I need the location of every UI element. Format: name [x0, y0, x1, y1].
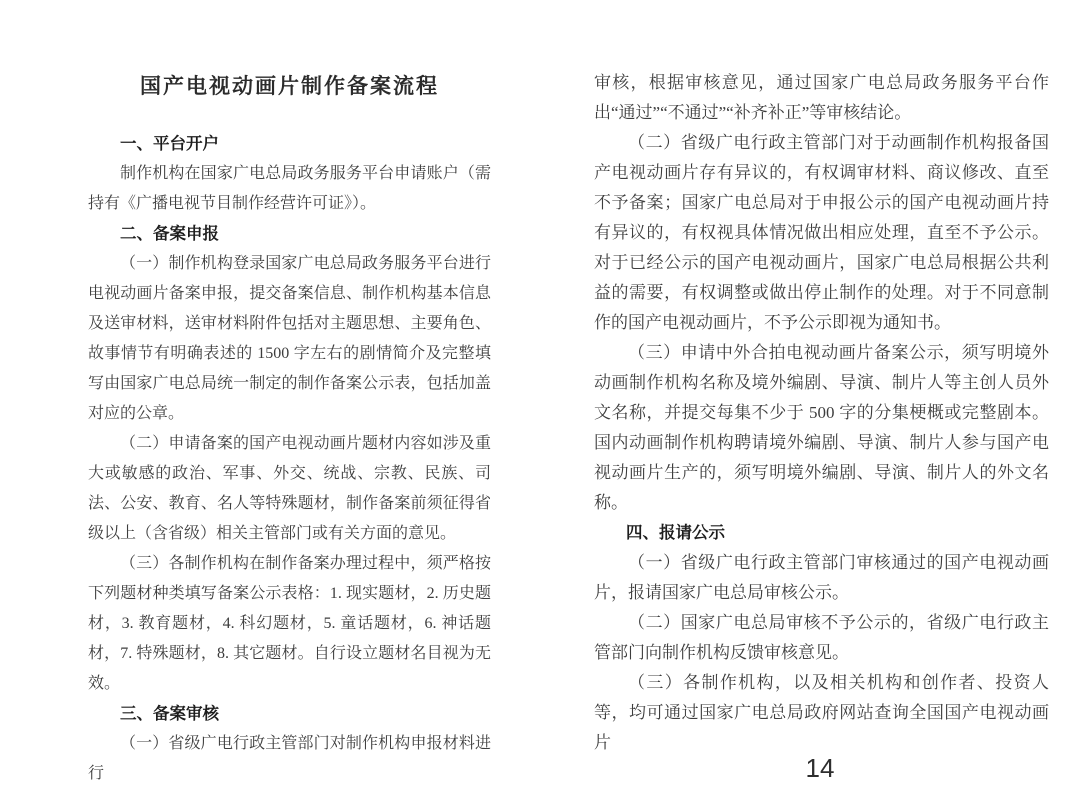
- paragraph-continuation: 审核，根据审核意见，通过国家广电总局政务服务平台作出“通过”“不通过”“补齐补正…: [594, 68, 1049, 128]
- paragraph: （三）各制作机构在制作备案办理过程中，须严格按下列题材种类填写备案公示表格：1.…: [88, 549, 491, 699]
- section-heading-filing-declaration: 二、备案申报: [88, 219, 491, 249]
- document-page: 国产电视动画片制作备案流程 一、平台开户 制作机构在国家广电总局政务服务平台申请…: [0, 0, 1080, 810]
- paragraph: （一）省级广电行政主管部门对制作机构申报材料进行: [88, 729, 491, 789]
- paragraph: （一）制作机构登录国家广电总局政务服务平台进行电视动画片备案申报，提交备案信息、…: [88, 249, 491, 429]
- paragraph: （二）国家广电总局审核不予公示的，省级广电行政主管部门向制作机构反馈审核意见。: [594, 608, 1049, 668]
- paragraph: （二）申请备案的国产电视动画片题材内容如涉及重大或敏感的政治、军事、外交、统战、…: [88, 429, 491, 549]
- paragraph: （三）各制作机构，以及相关机构和创作者、投资人等，均可通过国家广电总局政府网站查…: [594, 668, 1049, 758]
- document-title: 国产电视动画片制作备案流程: [88, 70, 491, 102]
- section-heading-publicity-report: 四、报请公示: [594, 518, 1049, 548]
- section-heading-platform-account: 一、平台开户: [88, 129, 491, 159]
- paragraph: （一）省级广电行政主管部门审核通过的国产电视动画片，报请国家广电总局审核公示。: [594, 548, 1049, 608]
- section-heading-filing-review: 三、备案审核: [88, 699, 491, 729]
- page-number: 14: [770, 753, 870, 784]
- paragraph: （二）省级广电行政主管部门对于动画制作机构报备国产电视动画片存有异议的，有权调审…: [594, 128, 1049, 338]
- right-column: 审核，根据审核意见，通过国家广电总局政务服务平台作出“通过”“不通过”“补齐补正…: [594, 68, 1049, 758]
- left-column: 国产电视动画片制作备案流程 一、平台开户 制作机构在国家广电总局政务服务平台申请…: [88, 70, 491, 789]
- paragraph: 制作机构在国家广电总局政务服务平台申请账户（需持有《广播电视节目制作经营许可证》…: [88, 159, 491, 219]
- paragraph: （三）申请中外合拍电视动画片备案公示，须写明境外动画制作机构名称及境外编剧、导演…: [594, 338, 1049, 518]
